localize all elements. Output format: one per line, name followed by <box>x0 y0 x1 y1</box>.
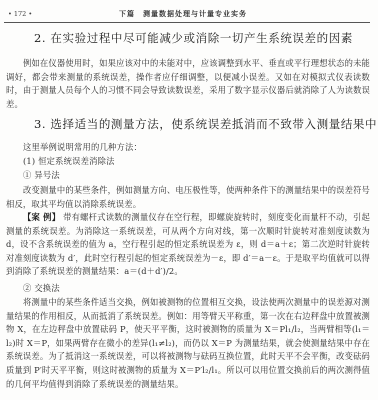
section-heading-2: 2. 在实验过程中尽可能减少或消除一切产生系统误差的因素 <box>34 30 353 46</box>
paragraph-exchange-method: 将测量中的某些条件适当交换，例如被测物的位置相互交换，设法使两次测量中的误差源对… <box>6 296 370 391</box>
paragraph-instrument-adjustment: 例如在仪器使用时，如果应该对中的未能对中，应该调整到水平、垂直或平行理想状态的未… <box>6 57 370 111</box>
method-title-sign-reversal: ① 异号法 <box>23 169 60 183</box>
methods-intro: 这里举例说明常用的几种方法： <box>23 141 142 155</box>
method-title-exchange: ② 交换法 <box>23 282 60 296</box>
case-label: 【案 例】 <box>23 212 60 222</box>
document-page: • 172 • 下篇 测量数据处理与计量专业实务 2. 在实验过程中尽可能减少或… <box>0 0 378 400</box>
running-header: • 172 • 下篇 测量数据处理与计量专业实务 <box>4 8 374 20</box>
paragraph-sign-reversal: 改变测量中的某些条件，例如测量方向、电压极性等，使两种条件下的测量结果中的误差符… <box>6 184 370 211</box>
header-rule <box>4 22 370 23</box>
running-title: 下篇 测量数据处理与计量专业实务 <box>119 8 247 20</box>
subsection-title-constant-error: (1) 恒定系统误差消除法 <box>23 155 115 169</box>
section-heading-3: 3. 选择适当的测量方法，使系统误差抵消而不致带入测量结果中 <box>34 116 377 132</box>
page-number: • 172 • <box>8 8 32 20</box>
case-example: 【案 例】 带有螺杆式读数的测量仪存在空行程，即螺旋旋转时，刻度变化而量杆不动，… <box>6 211 370 279</box>
case-text: 带有螺杆式读数的测量仪存在空行程，即螺旋旋转时，刻度变化而量杆不动，引起测量的系… <box>6 212 370 276</box>
